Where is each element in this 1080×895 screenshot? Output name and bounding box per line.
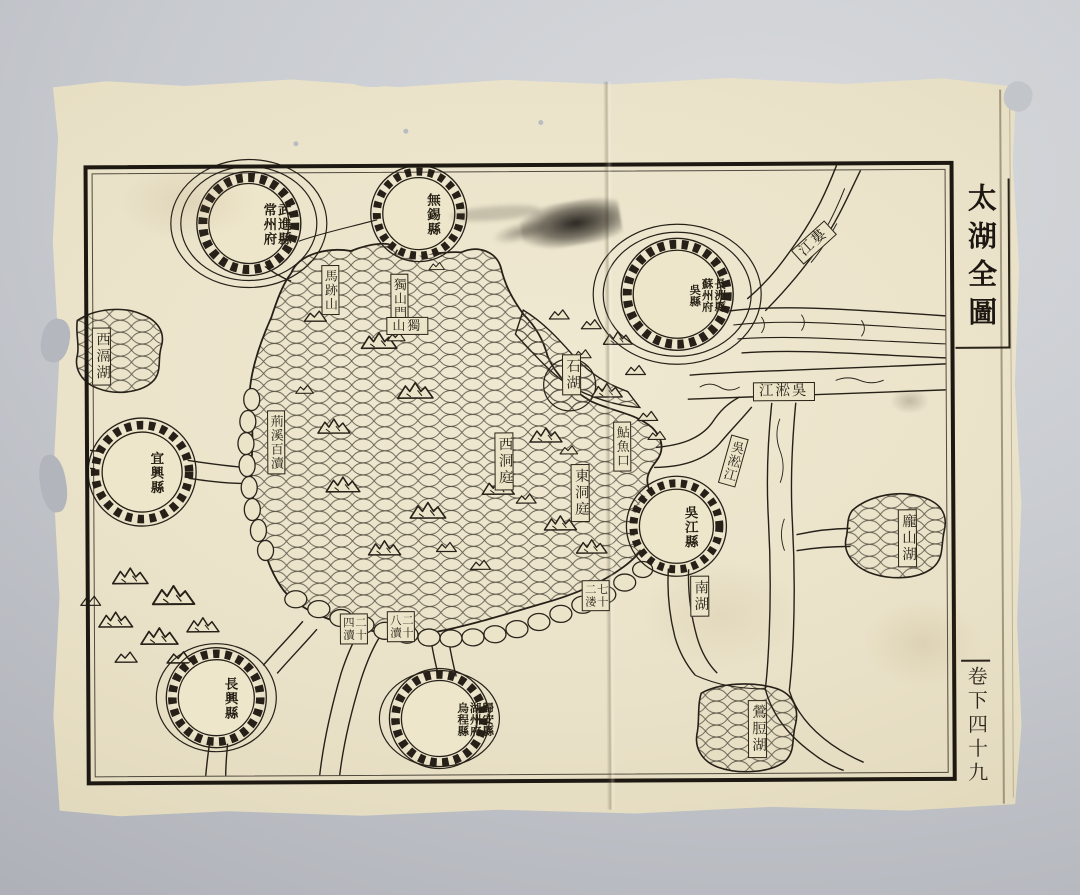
city-label-wuxi-xian: 無錫縣: [398, 193, 439, 237]
label-column: 二溇: [584, 583, 596, 608]
city-label-column: 長洲縣: [713, 278, 725, 313]
label-column: 二十: [354, 616, 366, 641]
city-label-column: 長興縣: [223, 677, 237, 721]
city-label-wujiang-xian: 吳江縣: [656, 505, 697, 549]
scanned-map-page: 太湖全圖 卷下四十九 武進縣 常州府 無錫縣 長洲縣 蘇州府 吳縣 宜興縣 吳江…: [0, 0, 1080, 895]
label-wusong-jiang: 吳淞江: [753, 382, 815, 401]
label-jingxi-baidu: 荊溪百瀆: [267, 410, 285, 474]
label-xi-ge-hu: 西滆湖: [92, 327, 111, 385]
city-label-changzhou-fu: 武進縣 常州府: [208, 203, 290, 247]
paper-hole: [538, 120, 543, 125]
label-ershiba-du: 二十 八瀆: [387, 611, 415, 642]
volume-page-label: 卷下四十九: [961, 660, 991, 786]
label-column: 八瀆: [389, 614, 401, 639]
city-label-column: 武進縣: [276, 203, 290, 247]
city-label-column: 常州府: [262, 203, 276, 247]
label-du-shan: 獨山: [386, 317, 428, 335]
paper-sheet: [48, 73, 1024, 819]
city-label-column: 歸安縣: [481, 702, 493, 737]
label-column: 四瀆: [342, 616, 354, 641]
label-column: 七十: [596, 583, 608, 608]
city-label-column: 烏程縣: [456, 702, 468, 737]
label-shi-hu: 石湖: [562, 354, 581, 395]
city-label-huzhou-fu: 歸安縣 湖州府 烏程縣: [387, 702, 493, 737]
city-label-yixing-xian: 宜興縣: [122, 451, 163, 495]
city-label-column: 無錫縣: [425, 193, 439, 237]
city-label-column: 吳江縣: [683, 505, 697, 549]
label-pangshan-hu: 龐山湖: [898, 509, 917, 567]
city-label-suzhou-fu: 長洲縣 蘇州府 吳縣: [630, 278, 724, 313]
label-yingdou-hu: 鶯脰湖: [748, 700, 767, 758]
city-label-column: 蘇州府: [700, 278, 712, 313]
label-nan-hu: 南湖: [690, 576, 709, 617]
label-maji-shan: 馬跡山: [321, 265, 339, 315]
label-qishier-lou: 七十 二溇: [582, 580, 610, 611]
label-column: 二十: [401, 614, 413, 639]
label-ershisi-du: 二十 四瀆: [340, 613, 368, 644]
city-label-column: 吳縣: [688, 284, 700, 307]
label-nianyu-kou: 鮎魚口: [613, 422, 631, 472]
city-label-changxing-xian: 長興縣: [196, 677, 237, 721]
city-label-column: 湖州府: [468, 702, 480, 737]
label-dong-dongting: 東洞庭: [571, 464, 590, 522]
paper-hole: [403, 129, 408, 134]
paper-hole: [293, 141, 298, 146]
page-title: 太湖全圖: [955, 179, 1011, 349]
label-xi-dongting: 西洞庭: [494, 432, 513, 490]
city-label-column: 宜興縣: [149, 451, 163, 495]
